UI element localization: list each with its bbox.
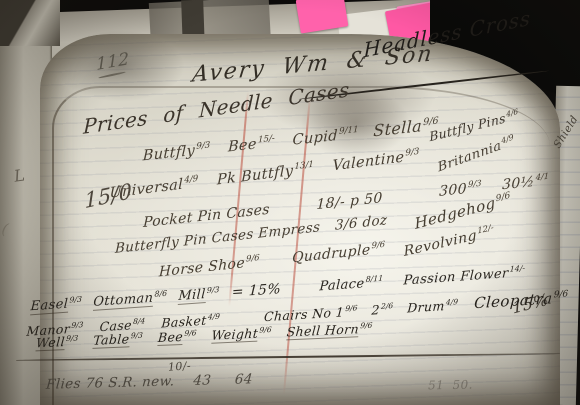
book-corner-top-left [0, 0, 60, 46]
needle-case-entry: Weight9/6 [211, 325, 272, 343]
needle-case-entry: Drum4/9 [407, 297, 458, 315]
needle-case-entry: Well9/3 [36, 333, 79, 350]
footer-price-note: 10/- [168, 359, 192, 374]
needle-case-entry: 22/6 [371, 301, 393, 318]
needle-case-entry: Table9/3 [93, 331, 143, 348]
needle-case-entry: Mill9/3 [178, 285, 220, 304]
ledger-photo: L ( 112 Avery Wm & Son Headless Cross Pr… [0, 0, 580, 405]
footer-faint-numbers: 51 50. [428, 378, 473, 393]
needle-case-entry: Bee9/6 [157, 328, 196, 345]
